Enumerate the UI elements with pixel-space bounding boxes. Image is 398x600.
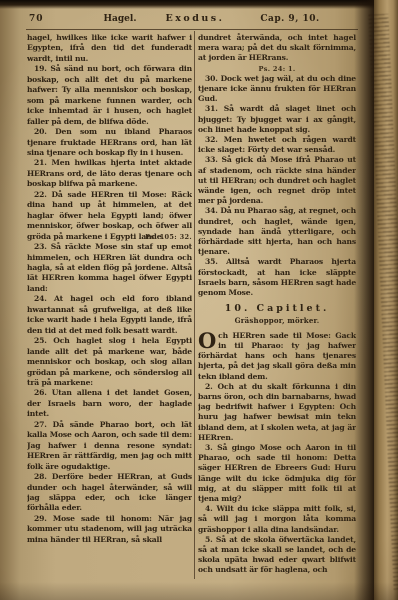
verse-paragraph: Och HERren sade til Mose: Gack in til Ph…: [198, 331, 356, 382]
verse-paragraph: 34. Då nu Pharao såg, at regnet, och dun…: [198, 206, 356, 257]
running-head-chapters: Cap. 9, 10.: [250, 14, 330, 24]
column-divider: [194, 31, 195, 579]
verse-paragraph: 20. Den som nu ibland Pharaos tjenare fr…: [27, 127, 192, 158]
verse-paragraph: 33. Så gick då Mose ifrå Pharao ut af st…: [198, 155, 356, 206]
verse-paragraph: 5. Så at de skola öfwertäcka landet, så …: [198, 535, 356, 576]
chapter-subtitle: Gräshoppor, mörker.: [198, 316, 356, 326]
verse-paragraph: hagel, hwilkes like icke warit hafwer i …: [27, 33, 192, 64]
text-column-left: hagel, hwilkes like icke warit hafwer i …: [27, 33, 192, 583]
verse-paragraph: 4. Wilt du icke släppa mitt folk, si, så…: [198, 504, 356, 535]
chapter-heading: 10. Capitlet.: [198, 304, 356, 314]
drop-cap-initial: O: [198, 331, 218, 349]
verse-paragraph: 24. At hagel och eld foro ibland hwartan…: [27, 294, 192, 336]
book-photo: 70 Hagel. Exodus. Cap. 9, 10. hagel, hwi…: [0, 0, 398, 600]
verse-paragraph: 28. Derföre beder HERran, at Guds dunder…: [27, 472, 192, 514]
verse-paragraph: 19. Så sänd nu bort, och förwara din bos…: [27, 64, 192, 127]
page-header: 70 Hagel. Exodus. Cap. 9, 10.: [0, 12, 398, 32]
running-head-book: Exodus.: [140, 13, 250, 24]
text-column-right: dundret återwända, och intet hagel mera …: [198, 33, 356, 583]
verse-paragraph: 30. Dock wet jag wäl, at du och dine tje…: [198, 74, 356, 105]
verse-paragraph: dundret återwända, och intet hagel mera …: [198, 33, 356, 64]
header-rule: [26, 29, 358, 30]
verse-paragraph: 32. Men hwetet och rågen wardt icke slag…: [198, 135, 356, 155]
verse-paragraph: 26. Utan allena i det landet Gosen, der …: [27, 388, 192, 419]
verse-paragraph: 2. Och at du skalt förkunna i din barns …: [198, 382, 356, 443]
verse-paragraph: 31. Så wardt då slaget linet och bjugget…: [198, 104, 356, 135]
verse-paragraph: 29. Mose sade til honom: När jag kommer …: [27, 514, 192, 545]
scripture-reference: Ps. 24: 1.: [198, 64, 356, 74]
verse-text: ch HERren sade til Mose: Gack in til Pha…: [198, 331, 356, 381]
verse-paragraph: 35. Alltså wardt Pharaos hjerta förstock…: [198, 257, 356, 298]
verse-paragraph: 3. Så gingo Mose och Aaron in til Pharao…: [198, 443, 356, 504]
verse-paragraph: 27. Då sände Pharao bort, och lät kalla …: [27, 420, 192, 472]
verse-paragraph: 23. Så räckte Mose sin staf up emot himm…: [27, 242, 192, 294]
book-top-edge: [0, 0, 398, 9]
page-number: 70: [29, 14, 44, 24]
verse-paragraph: 21. Men hwilkas hjerta intet aktade HERr…: [27, 158, 192, 189]
verse-paragraph: 25. Och haglet slog i hela Egypti lande …: [27, 336, 192, 388]
adjacent-page-edge: [374, 0, 398, 600]
